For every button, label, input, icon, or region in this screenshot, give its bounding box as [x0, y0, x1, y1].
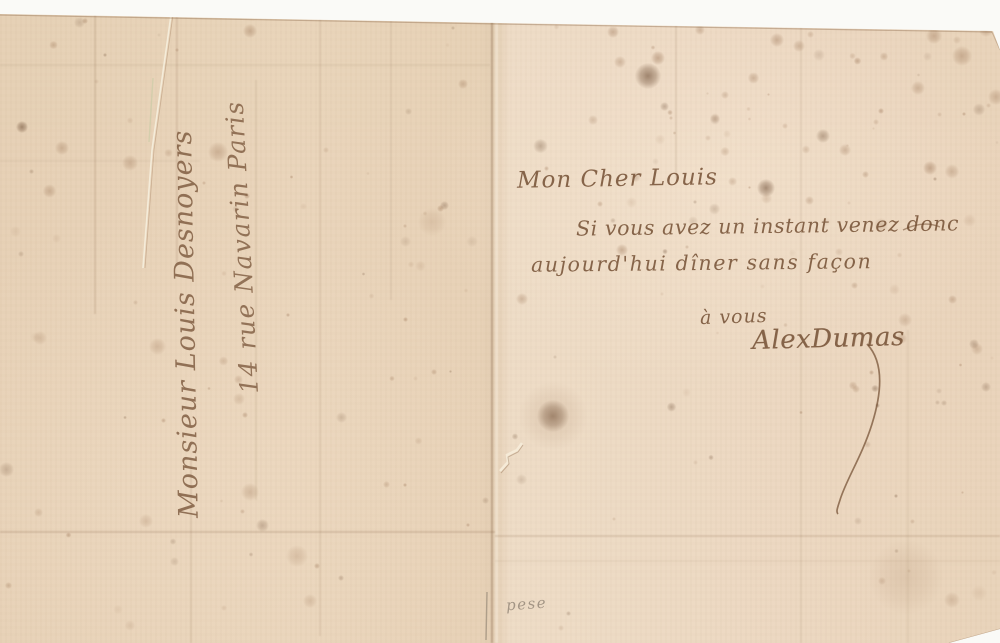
foxing-spot	[695, 25, 705, 35]
foxing-spot	[875, 403, 880, 408]
address-rotated-text: Monsieur Louis Desnoyers 14 rue Navarin …	[170, 88, 350, 518]
foxing-spot	[923, 161, 937, 175]
foxing-spot	[748, 186, 752, 190]
foxing-spot	[953, 36, 961, 44]
foxing-spot	[936, 388, 942, 394]
fold-line	[495, 535, 1000, 537]
foxing-spot	[959, 363, 962, 366]
foxing-spot	[655, 134, 665, 144]
fold-line	[0, 64, 490, 66]
foxing-spot	[383, 481, 390, 488]
foxing-spot	[408, 261, 415, 268]
foxing-spot	[127, 117, 134, 124]
foxing-spot	[869, 370, 874, 375]
foxing-spot	[139, 514, 153, 528]
foxing-spot	[403, 483, 407, 487]
foxing-spot	[894, 549, 898, 553]
foxing-spot	[990, 356, 994, 360]
foxing-spot	[963, 214, 976, 227]
foxing-spot	[170, 557, 179, 566]
foxing-spot	[516, 474, 527, 485]
foxing-spot	[161, 418, 166, 423]
foxing-spot	[415, 261, 426, 272]
foxing-spot	[651, 51, 665, 65]
foxing-spot	[948, 295, 957, 304]
foxing-spot	[415, 437, 423, 445]
foxing-spot	[988, 89, 1000, 105]
paper-right-top-edge	[992, 32, 1000, 50]
address-panel: Monsieur Louis Desnoyers 14 rue Navarin …	[170, 88, 350, 518]
foxing-spot	[366, 172, 370, 176]
fold-line	[94, 14, 96, 314]
foxing-spot	[971, 343, 982, 354]
foxing-spot	[889, 284, 899, 294]
fold-line	[495, 560, 1000, 562]
foxing-spot	[451, 26, 455, 30]
foxing-spot	[864, 441, 871, 448]
foxing-spot	[917, 73, 920, 76]
foxing-spot	[862, 171, 869, 178]
foxing-spot	[49, 41, 57, 49]
foxing-spot	[651, 45, 655, 49]
foxing-spot	[710, 114, 720, 124]
foxing-spot	[516, 293, 527, 304]
foxing-spot	[403, 224, 407, 228]
foxing-spot	[923, 52, 932, 61]
foxing-spot	[770, 33, 784, 47]
foxing-spot	[941, 400, 947, 406]
foxing-spot	[871, 385, 879, 393]
foxing-spot	[995, 141, 998, 144]
foxing-spot	[793, 40, 804, 51]
foxing-spot	[125, 620, 135, 630]
foxing-spot	[413, 376, 418, 381]
fold-line	[390, 20, 392, 300]
ink-flourish-overlay	[0, 0, 1000, 643]
foxing-spot	[846, 144, 850, 148]
foxing-spot	[880, 52, 888, 60]
foxing-spot	[405, 108, 412, 115]
fold-line	[907, 330, 909, 643]
foxing-spot	[805, 196, 814, 205]
foxing-spot	[731, 5, 737, 11]
foxing-spot	[961, 491, 965, 495]
foxing-spot	[708, 455, 713, 460]
signature-flourish	[837, 344, 880, 514]
letter-body-line-2: aujourd'hui dîner sans façon	[531, 249, 873, 277]
foxing-spot	[933, 177, 938, 182]
letter-salutation: Mon Cher Louis	[517, 164, 718, 194]
foxing-spot	[682, 388, 691, 397]
foxing-spot	[667, 110, 673, 116]
foxing-spot	[66, 532, 71, 537]
foxing-spot	[757, 179, 775, 197]
foxing-spot	[748, 72, 759, 83]
foxing-spot	[854, 57, 862, 65]
pencil-stroke	[486, 592, 487, 640]
foxing-spot	[149, 338, 166, 355]
foxing-spot	[935, 400, 940, 405]
foxing-spot	[852, 385, 860, 393]
foxing-spot	[637, 16, 641, 20]
foxing-spot	[34, 508, 43, 517]
foxing-spot	[418, 208, 447, 237]
foxing-spot	[403, 317, 408, 322]
foxing-spot	[10, 226, 21, 237]
foxing-spot	[736, 7, 742, 13]
foxing-spot	[910, 519, 915, 524]
foxing-spot	[533, 139, 547, 153]
foxing-spot	[872, 127, 875, 130]
foxing-spot	[558, 625, 563, 630]
foxing-spot	[970, 8, 982, 20]
fold-line	[675, 18, 677, 178]
foxing-spot	[440, 201, 449, 210]
letter-body-line-1: Si vous avez un instant venez donc	[576, 211, 959, 240]
foxing-spot	[303, 594, 317, 608]
foxing-spot	[839, 144, 850, 155]
pencil-annotation: pese	[505, 594, 547, 615]
fold-line	[491, 14, 493, 643]
foxing-spot	[5, 582, 12, 589]
foxing-spot	[782, 123, 789, 130]
foxing-spot	[685, 245, 689, 249]
foxing-spot	[767, 93, 770, 96]
foxing-spot	[705, 135, 711, 141]
foxing-spot	[16, 121, 27, 132]
scan-background: Monsieur Louis Desnoyers 14 rue Navarin …	[0, 0, 1000, 643]
letter-signature: AlexDumas	[752, 322, 905, 356]
foxing-spot	[760, 284, 765, 289]
foxing-spot	[512, 433, 519, 440]
foxing-spot	[723, 130, 731, 138]
foxing-spot	[103, 53, 107, 57]
paper-bottom-right-edge	[949, 629, 1000, 643]
foxing-spot	[873, 119, 879, 125]
foxing-spot	[911, 81, 925, 95]
foxing-spot	[746, 107, 751, 112]
foxing-spot	[635, 63, 661, 89]
foxing-spot	[466, 523, 470, 527]
foxing-spot	[971, 585, 986, 600]
foxing-spot	[55, 141, 69, 155]
address-street: 14 rue Navarin Paris	[219, 87, 264, 394]
foxing-spot	[986, 103, 992, 109]
foxing-spot	[82, 18, 88, 24]
foxing-spot	[0, 462, 14, 477]
foxing-spot	[944, 592, 960, 608]
foxing-spot	[945, 164, 960, 179]
foxing-spot	[431, 369, 437, 375]
foxing-spot	[554, 24, 559, 29]
foxing-spot	[693, 460, 698, 465]
foxing-spot	[802, 145, 811, 154]
foxing-spot	[157, 33, 161, 37]
foxing-spot	[981, 382, 991, 392]
foxing-spot	[660, 102, 669, 111]
foxing-spot	[133, 300, 138, 305]
foxing-spot	[482, 497, 490, 505]
foxing-spot	[748, 117, 752, 121]
foxing-spot	[566, 611, 571, 616]
foxing-spot	[113, 605, 122, 614]
foxing-spot	[553, 355, 557, 359]
foxing-spot	[979, 23, 993, 37]
letter-paper: Monsieur Louis Desnoyers 14 rue Navarin …	[0, 0, 1000, 643]
fold-line	[0, 531, 495, 533]
foxing-spot	[286, 545, 308, 567]
foxing-spot	[728, 177, 737, 186]
foxing-spot	[256, 519, 269, 532]
foxing-spot	[660, 292, 664, 296]
foxing-spot	[122, 155, 138, 171]
foxing-spot	[626, 197, 637, 208]
foxing-spot	[854, 517, 862, 525]
foxing-spot	[710, 113, 720, 123]
foxing-spot	[588, 115, 598, 125]
foxing-spot	[878, 108, 884, 114]
foxing-spot	[693, 200, 696, 203]
foxing-spot	[952, 46, 973, 67]
foxing-spot	[851, 282, 858, 289]
foxing-spot	[52, 234, 61, 243]
foxing-spot	[816, 129, 830, 143]
foxing-spot	[249, 552, 254, 557]
foxing-spot	[537, 400, 569, 432]
foxing-spot	[652, 158, 659, 165]
foxing-spot	[926, 28, 942, 44]
foxing-spot	[667, 402, 676, 411]
foxing-spot	[221, 605, 227, 611]
foxing-spot	[849, 53, 855, 59]
foxing-spot	[720, 147, 730, 157]
paper-tear	[500, 443, 522, 471]
paper-grain-texture	[0, 0, 1000, 643]
foxing-spot	[847, 201, 851, 205]
foxing-spot	[669, 116, 673, 120]
foxing-spot	[807, 31, 814, 38]
foxing-spot	[706, 92, 709, 95]
foxing-spot	[991, 570, 997, 576]
foxing-spot	[969, 339, 979, 349]
foxing-spot	[869, 540, 943, 614]
foxing-spot	[849, 381, 858, 390]
foxing-spot	[445, 43, 450, 48]
foxing-spot	[123, 416, 126, 419]
foxing-spot	[973, 103, 986, 116]
foxing-spot	[30, 332, 40, 342]
foxing-spot	[709, 203, 720, 214]
foxing-spot	[607, 26, 618, 37]
paper-tear-shadow	[501, 445, 523, 473]
foxing-spot	[369, 293, 375, 299]
foxing-spot	[170, 538, 177, 545]
diagonal-crease-green	[149, 78, 153, 142]
fold-highlight	[495, 14, 498, 643]
foxing-spot	[612, 517, 616, 521]
foxing-spot	[18, 251, 24, 257]
foxing-spot	[813, 49, 825, 61]
foxing-spot	[894, 494, 897, 497]
foxing-spot	[458, 79, 468, 89]
foxing-spot	[437, 205, 443, 211]
foxing-spot	[907, 6, 918, 17]
foxing-spot	[937, 112, 942, 117]
foxing-spot	[423, 211, 427, 215]
foxing-spot	[761, 193, 773, 205]
foxing-spot	[897, 252, 903, 258]
foxing-spot	[466, 236, 477, 247]
foxing-spot	[449, 370, 452, 373]
foxing-spot	[243, 24, 257, 38]
foxing-spot	[362, 272, 365, 275]
foxing-spot	[33, 331, 47, 345]
foxing-spot	[878, 577, 887, 586]
foxing-spot	[74, 17, 85, 28]
foxing-spot	[43, 184, 57, 198]
address-recipient: Monsieur Louis Desnoyers	[166, 88, 204, 518]
foxing-spot	[133, 0, 137, 4]
foxing-spot	[519, 382, 586, 449]
foxing-spot	[389, 376, 395, 382]
foxing-spot	[716, 331, 719, 334]
foxing-spot	[29, 169, 34, 174]
foxing-spot	[338, 575, 344, 581]
foxing-spot	[721, 91, 729, 99]
foxing-spot	[614, 56, 627, 69]
foxing-spot	[962, 112, 966, 116]
foxing-spot	[400, 236, 411, 247]
foxing-spot	[464, 288, 468, 292]
foxing-spot	[597, 201, 603, 207]
foxing-spot	[870, 2, 884, 16]
